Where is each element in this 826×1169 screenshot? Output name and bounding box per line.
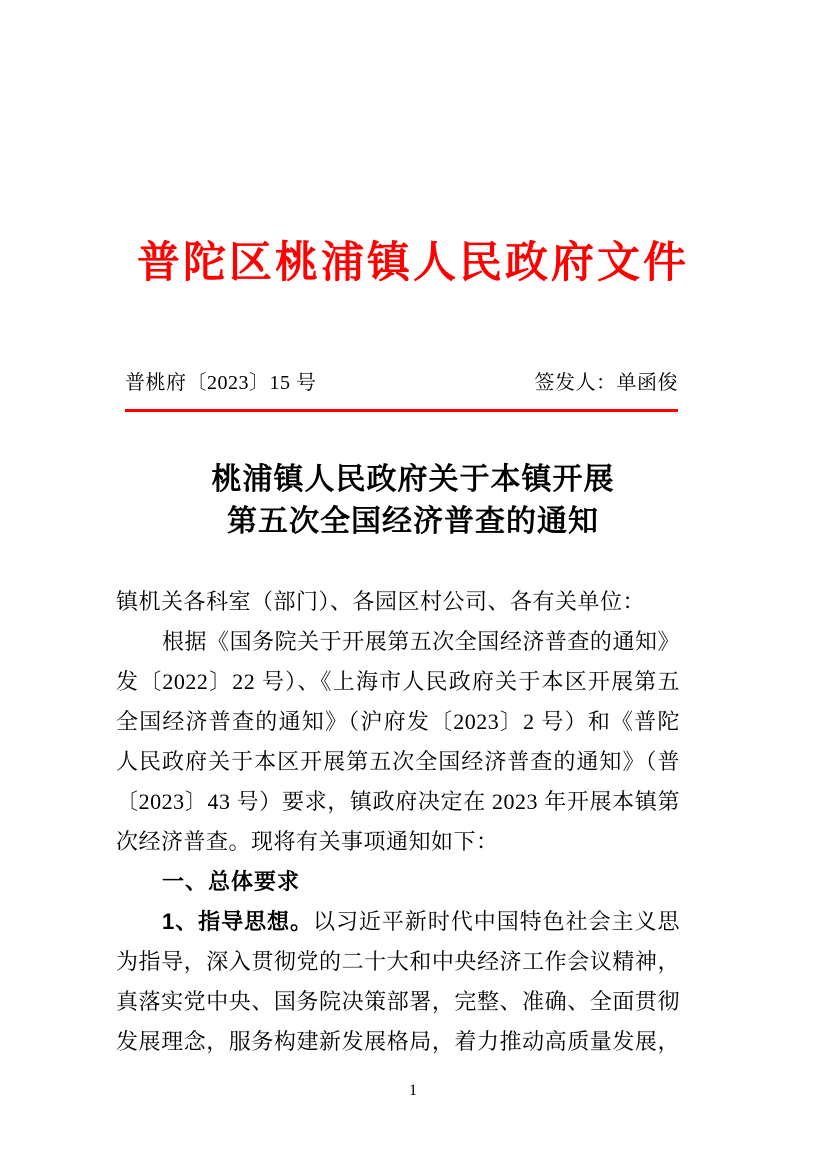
- section-heading: 一、总体要求: [116, 862, 680, 902]
- page-number: 1: [0, 1082, 826, 1100]
- issuer-name: 签发人：单函俊: [535, 366, 679, 395]
- document-title-line1: 桃浦镇人民政府关于本镇开展: [0, 459, 826, 501]
- body-line: 人民政府关于本区开展第五次全国经济普查的通知》（普府: [116, 742, 680, 782]
- doc-meta-row: 普桃府〔2023〕15 号 签发人：单函俊: [125, 366, 678, 395]
- body-line: 为指导，深入贯彻党的二十大和中央经济工作会议精神，认: [116, 942, 680, 982]
- body-line: 次经济普查。现将有关事项通知如下：: [116, 822, 680, 862]
- document-title-line2: 第五次全国经济普查的通知: [0, 501, 826, 543]
- body-line: 1、指导思想。以习近平新时代中国特色社会主义思想: [116, 902, 680, 942]
- document-body: 镇机关各科室（部门）、各园区村公司、各有关单位： 根据《国务院关于开展第五次全国…: [116, 582, 680, 1062]
- body-line: 全国经济普查的通知》（沪府发〔2023〕2 号）和《普陀区: [116, 702, 680, 742]
- red-separator-line: [125, 409, 678, 412]
- body-line: 真落实党中央、国务院决策部署，完整、准确、全面贯彻新: [116, 982, 680, 1022]
- document-title: 桃浦镇人民政府关于本镇开展 第五次全国经济普查的通知: [0, 459, 826, 543]
- body-line: 〔2023〕43 号）要求，镇政府决定在 2023 年开展本镇第五: [116, 782, 680, 822]
- document-page: 普陀区桃浦镇人民政府文件 普桃府〔2023〕15 号 签发人：单函俊 桃浦镇人民…: [0, 0, 826, 1169]
- body-line: 根据《国务院关于开展第五次全国经济普查的通知》（国: [116, 622, 680, 662]
- paragraph-lead: 1、指导思想。: [162, 909, 313, 934]
- body-line-salutation: 镇机关各科室（部门）、各园区村公司、各有关单位：: [116, 582, 680, 622]
- body-line: 发展理念，服务构建新发展格局，着力推动高质量发展，坚: [116, 1022, 680, 1062]
- header-org-title: 普陀区桃浦镇人民政府文件: [0, 229, 826, 290]
- doc-number: 普桃府〔2023〕15 号: [125, 366, 317, 395]
- body-line: 发〔2022〕22 号）、《上海市人民政府关于本区开展第五次: [116, 662, 680, 702]
